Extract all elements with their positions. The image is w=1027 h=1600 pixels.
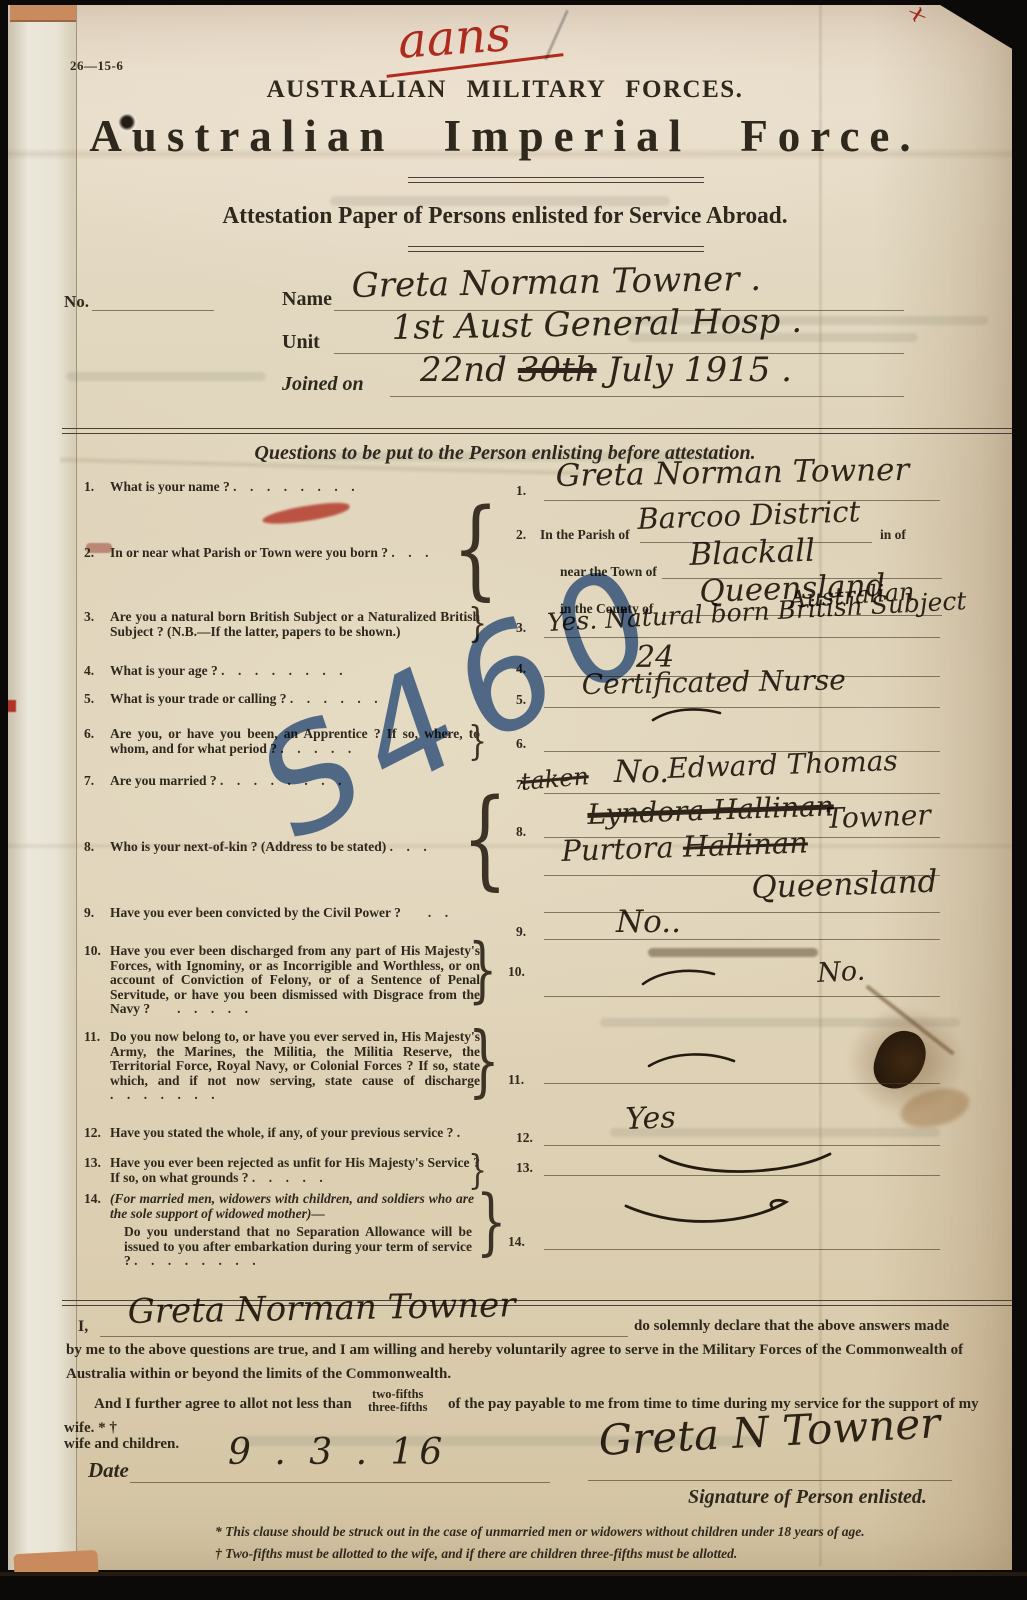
brace-q10: } (468, 927, 497, 1011)
question-number: 2. (84, 546, 94, 561)
answer-10-value: No. (816, 956, 866, 989)
allot-pre: And I further agree to allot not less th… (94, 1396, 352, 1413)
unit-field-label: Unit (282, 331, 320, 354)
question-text: Have you ever been discharged from any p… (110, 944, 480, 1017)
scan-corner-top-right (932, 0, 1014, 50)
answer-number-11: 11. (508, 1072, 524, 1088)
date-label: Date (88, 1458, 129, 1483)
double-rule (408, 246, 704, 252)
brace-q11: } (468, 1016, 500, 1106)
answer-number-8: 8. (516, 824, 526, 840)
question-11: 11. Do you now belong to, or have you ev… (84, 1030, 480, 1103)
scan-edge-right (1012, 0, 1027, 1600)
answer-number-2: 2. (516, 527, 526, 543)
question-number: 5. (84, 692, 94, 707)
answer-line-13 (544, 1158, 940, 1176)
question-text: Have you stated the whole, if any, of yo… (110, 1126, 484, 1141)
joined-struck-day: 30th (518, 350, 597, 390)
double-rule-full (62, 428, 1012, 434)
wife-children-note: wife and children. (64, 1436, 179, 1453)
double-rule (408, 177, 704, 183)
date-value: 9 . 3 . 16 (228, 1432, 448, 1473)
name-field-value: Greta Norman Towner . (351, 259, 761, 306)
question-number: 11. (84, 1030, 100, 1045)
red-annotation-aans: aans (396, 6, 512, 70)
question-number: 9. (84, 906, 94, 921)
answer-number-13: 13. (516, 1160, 533, 1176)
answer-8-after: Towner (825, 798, 931, 835)
joined-day: 22nd (420, 350, 507, 390)
question-number: 4. (84, 664, 94, 679)
brace-q14: } (476, 1180, 507, 1264)
allot-fraction: two-fifths three-fifths (368, 1388, 427, 1414)
joined-field-label: Joined on (282, 373, 364, 396)
declaration-line1-tail: do solemnly declare that the above answe… (634, 1318, 1014, 1335)
answer-number-12: 12. (516, 1130, 533, 1146)
question-text: Have you ever been rejected as unfit for… (110, 1156, 480, 1185)
allot-fraction-bottom: three-fifths (368, 1401, 427, 1414)
question-number: 12. (84, 1126, 101, 1141)
answer-number-1: 1. (516, 483, 526, 499)
signature-caption: Signature of Person enlisted. (688, 1486, 927, 1509)
question-number: 14. (84, 1192, 101, 1207)
document-title: Australian Imperial Force. (0, 110, 1010, 162)
joined-rest: July 1915 . (607, 350, 792, 390)
question-text: Have you ever been convicted by the Civi… (110, 906, 484, 921)
declaration-line3: Australia within or beyond the limits of… (66, 1366, 1012, 1383)
parish-suffix: in of (880, 527, 906, 543)
question-10: 10. Have you ever been discharged from a… (84, 944, 480, 1017)
wife-note: wife. * † (64, 1420, 117, 1437)
answer-number-9: 9. (516, 924, 526, 940)
pen-dash-q6 (650, 704, 724, 724)
question-12: 12. Have you stated the whole, if any, o… (84, 1126, 484, 1141)
question-text: In or near what Parish or Town were you … (110, 546, 492, 561)
answer-1-value: Greta Norman Towner (555, 452, 909, 494)
pen-dash-q10 (640, 966, 718, 988)
ink-bleed-ghost (66, 372, 266, 381)
no-field-line (92, 292, 214, 311)
answer-8-line2b: Hallinan (682, 825, 808, 863)
question-text: Do you now belong to, or have you ever s… (110, 1030, 480, 1103)
brace-q8: { (462, 775, 508, 901)
question-8: 8. Who is your next-of-kin ? (Address to… (84, 840, 484, 855)
org-line: AUSTRALIAN MILITARY FORCES. (0, 76, 1010, 104)
question-number: 1. (84, 480, 94, 495)
question-number: 6. (84, 727, 94, 742)
name-field-label: Name (282, 288, 332, 311)
document-subtitle: Attestation Paper of Persons enlisted fo… (15, 203, 995, 230)
joined-field-value: 22nd 30th July 1915 . (420, 350, 792, 390)
unit-field-value: 1st Aust General Hosp . (391, 301, 802, 348)
question-13: 13. Have you ever been rejected as unfit… (84, 1156, 480, 1185)
form-number: 26—15-6 (70, 58, 123, 74)
answer-line-10 (544, 979, 940, 997)
declaration-i-label: I, (78, 1318, 88, 1336)
question-number: 13. (84, 1156, 101, 1171)
question-number: 3. (84, 610, 94, 625)
no-field-label: No. (64, 292, 89, 312)
page-left-edge (8, 0, 77, 1570)
question-number: 10. (84, 944, 101, 959)
question-number: 8. (84, 840, 94, 855)
answer-8-line2a: Purtora (561, 830, 684, 868)
question-number: 7. (84, 774, 94, 789)
question-text: What is your name ? . . . . . . . . (110, 480, 484, 495)
footnote-dagger: † Two-fifths must be allotted to the wif… (215, 1546, 1005, 1562)
scanned-attestation-paper: 26—15-6 aans ˣ AUSTRALIAN MILITARY FORCE… (0, 0, 1027, 1600)
pen-dash-q11 (646, 1048, 738, 1070)
answer-9-value: No.. (616, 904, 681, 940)
scan-edge-top (0, 0, 1027, 5)
question-text: Do you understand that no Separation All… (124, 1225, 472, 1269)
pen-flourish-q14 (622, 1198, 792, 1230)
ink-smear (648, 948, 818, 957)
declaration-name-value: Greta Norman Towner (127, 1285, 515, 1332)
question-9: 9. Have you ever been convicted by the C… (84, 906, 484, 921)
answer-7-struck: taken (520, 762, 590, 796)
answer-12-value: Yes (625, 1100, 677, 1137)
answer-line-11 (544, 1066, 940, 1084)
question-2: 2. In or near what Parish or Town were y… (84, 546, 492, 561)
question-14: 14. (For married men, widowers with chil… (84, 1192, 480, 1269)
answer-number-10: 10. (508, 964, 525, 980)
answer-8-line3: Queensland (751, 864, 938, 906)
declaration-line2: by me to the above questions are true, a… (66, 1342, 1012, 1359)
answer-line-12 (544, 1128, 940, 1146)
footnote-star: * This clause should be struck out in th… (215, 1524, 1005, 1540)
answer-7-value: No. (614, 754, 669, 790)
town-value: Blackall (689, 533, 816, 573)
scan-edge-left (0, 0, 8, 1600)
scan-edge-bottom (0, 1572, 1027, 1600)
question-italic-note: (For married men, widowers with children… (110, 1192, 474, 1221)
question-1: 1. What is your name ? . . . . . . . . (84, 480, 484, 495)
answer-line-9 (544, 922, 940, 940)
answer-line-14 (544, 1232, 940, 1250)
answer-number-14: 14. (508, 1234, 525, 1250)
